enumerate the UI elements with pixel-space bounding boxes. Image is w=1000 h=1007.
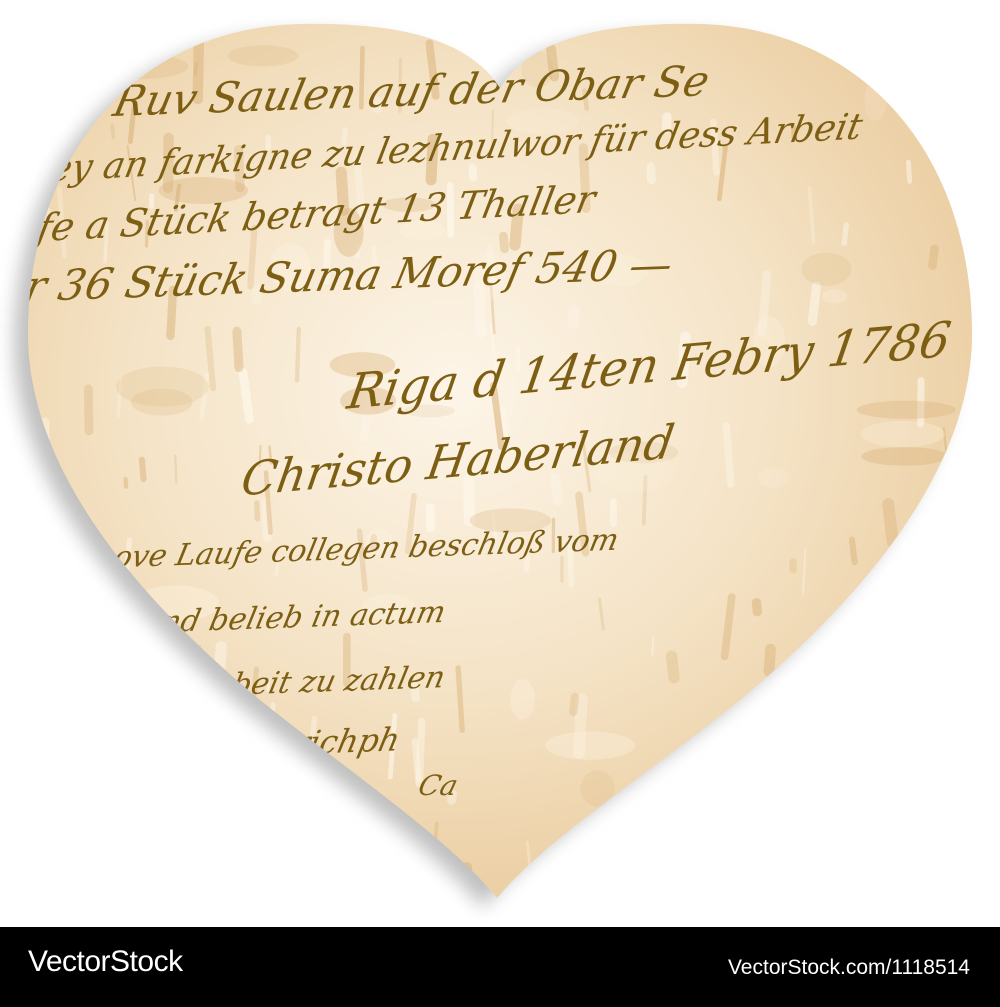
vectorstock-logo: VectorStock <box>28 945 183 979</box>
heart-illustration: Cas foRuv Saulen auf der Obar Seney an f… <box>0 0 1000 927</box>
handwriting-line: b <box>275 849 301 881</box>
image-id-label: VectorStock.com/1118514 <box>728 956 970 980</box>
watermark-footer: VectorStock VectorStock.com/1118514 <box>0 927 1000 1007</box>
handwriting-line: Cas fo <box>442 11 558 54</box>
handwriting-line: Ca <box>415 769 461 801</box>
